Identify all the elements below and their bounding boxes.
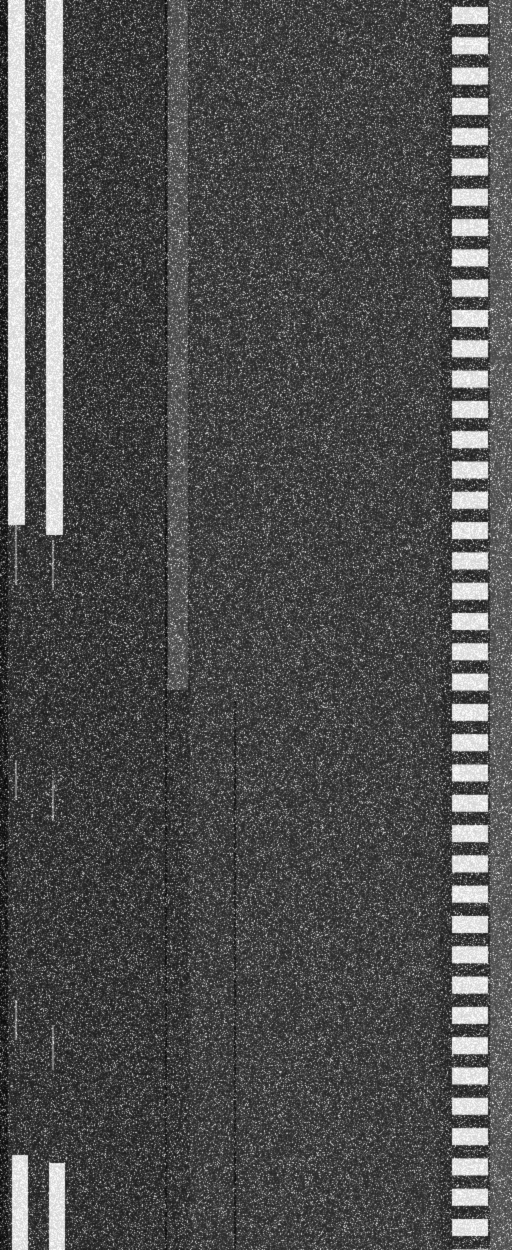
road-aerial-image [0, 0, 512, 1250]
road-surface [0, 0, 512, 1250]
